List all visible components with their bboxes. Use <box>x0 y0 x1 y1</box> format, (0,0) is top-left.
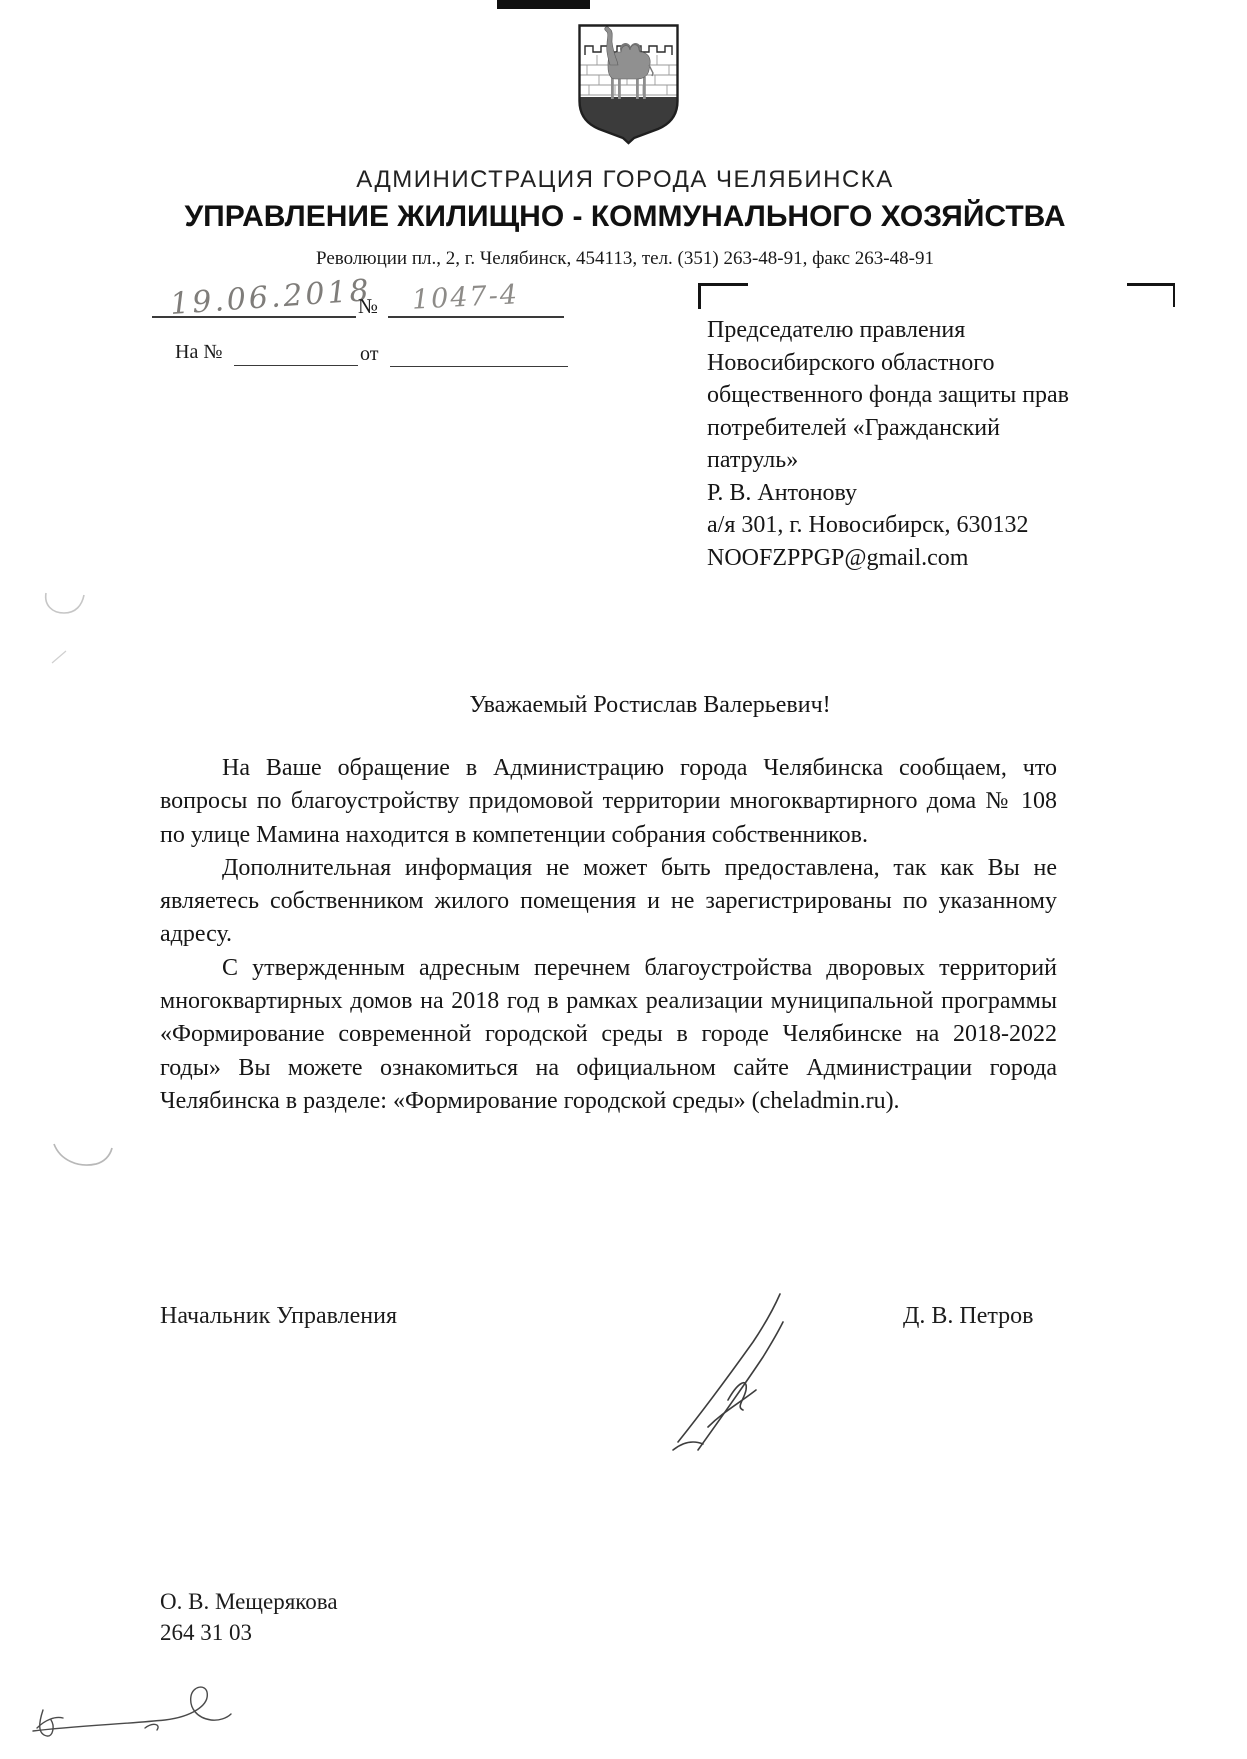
paragraph-1: На Ваше обращение в Администрацию города… <box>160 752 1057 852</box>
number-underline <box>388 288 564 318</box>
recipient-line: потребителей «Гражданский <box>707 412 1157 445</box>
scanned-letter-page: АДМИНИСТРАЦИЯ ГОРОДА ЧЕЛЯБИНСКА УПРАВЛЕН… <box>0 0 1247 1759</box>
pen-mark <box>38 585 110 675</box>
org-name-administration: АДМИНИСТРАЦИЯ ГОРОДА ЧЕЛЯБИНСКА <box>55 166 1195 194</box>
recipient-email: NOOFZPPGP@gmail.com <box>707 542 1157 575</box>
recipient-line: Председателю правления <box>707 314 1157 347</box>
camel-icon <box>605 27 653 99</box>
org-address-line: Революции пл., 2, г. Челябинск, 454113, … <box>55 248 1195 270</box>
recipient-line: общественного фонда защиты прав <box>707 379 1157 412</box>
reply-number-underline <box>234 338 358 366</box>
scan-artifact-bar <box>497 0 590 9</box>
recipient-line: а/я 301, г. Новосибирск, 630132 <box>707 509 1157 542</box>
salutation-line: Уважаемый Ростислав Валерьевич! <box>55 692 1245 719</box>
signature-scribble <box>668 1282 818 1457</box>
recipient-line: патруль» <box>707 444 1157 477</box>
executor-name: О. В. Мещерякова <box>160 1586 338 1617</box>
recipient-line: Р. В. Антонову <box>707 477 1157 510</box>
address-zone-corner-left <box>698 283 748 309</box>
chelyabinsk-coat-of-arms-icon <box>577 23 680 145</box>
emblem-ground <box>580 97 678 143</box>
org-name-department: УПРАВЛЕНИЕ ЖИЛИЩНО - КОММУНАЛЬНОГО ХОЗЯЙ… <box>55 200 1195 234</box>
paragraph-3: С утвержденным адресным перечнем благоус… <box>160 952 1057 1118</box>
recipient-line: Новосибирского областного <box>707 347 1157 380</box>
paragraph-2: Дополнительная информация не может быть … <box>160 852 1057 952</box>
letter-body: На Ваше обращение в Администрацию города… <box>160 752 1057 1118</box>
executor-block: О. В. Мещерякова 264 31 03 <box>160 1586 338 1648</box>
signer-position-title: Начальник Управления <box>160 1303 397 1330</box>
recipient-address-block: Председателю правления Новосибирского об… <box>707 314 1157 574</box>
number-sign-label: № <box>358 294 378 319</box>
pen-mark <box>50 1138 120 1178</box>
handwritten-mark-bottom <box>25 1676 255 1754</box>
reply-date-underline <box>390 339 568 367</box>
address-zone-corner-right <box>1127 283 1175 307</box>
executor-phone: 264 31 03 <box>160 1617 338 1648</box>
reply-to-number-label: На № <box>175 341 222 364</box>
signer-name: Д. В. Петров <box>903 1303 1033 1330</box>
reply-from-date-label: от <box>360 343 378 366</box>
date-underline <box>152 288 356 318</box>
